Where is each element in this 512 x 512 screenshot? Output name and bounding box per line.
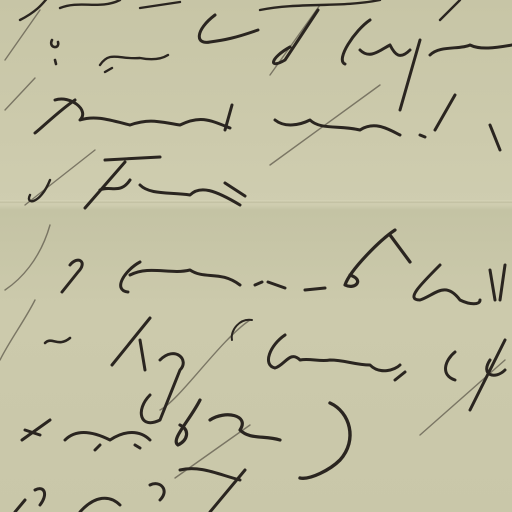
manuscript-page: … pyrmanue … ç ~ o be V Cygredio Rerarsa…: [0, 0, 512, 512]
handwriting-strokes: [0, 0, 512, 512]
